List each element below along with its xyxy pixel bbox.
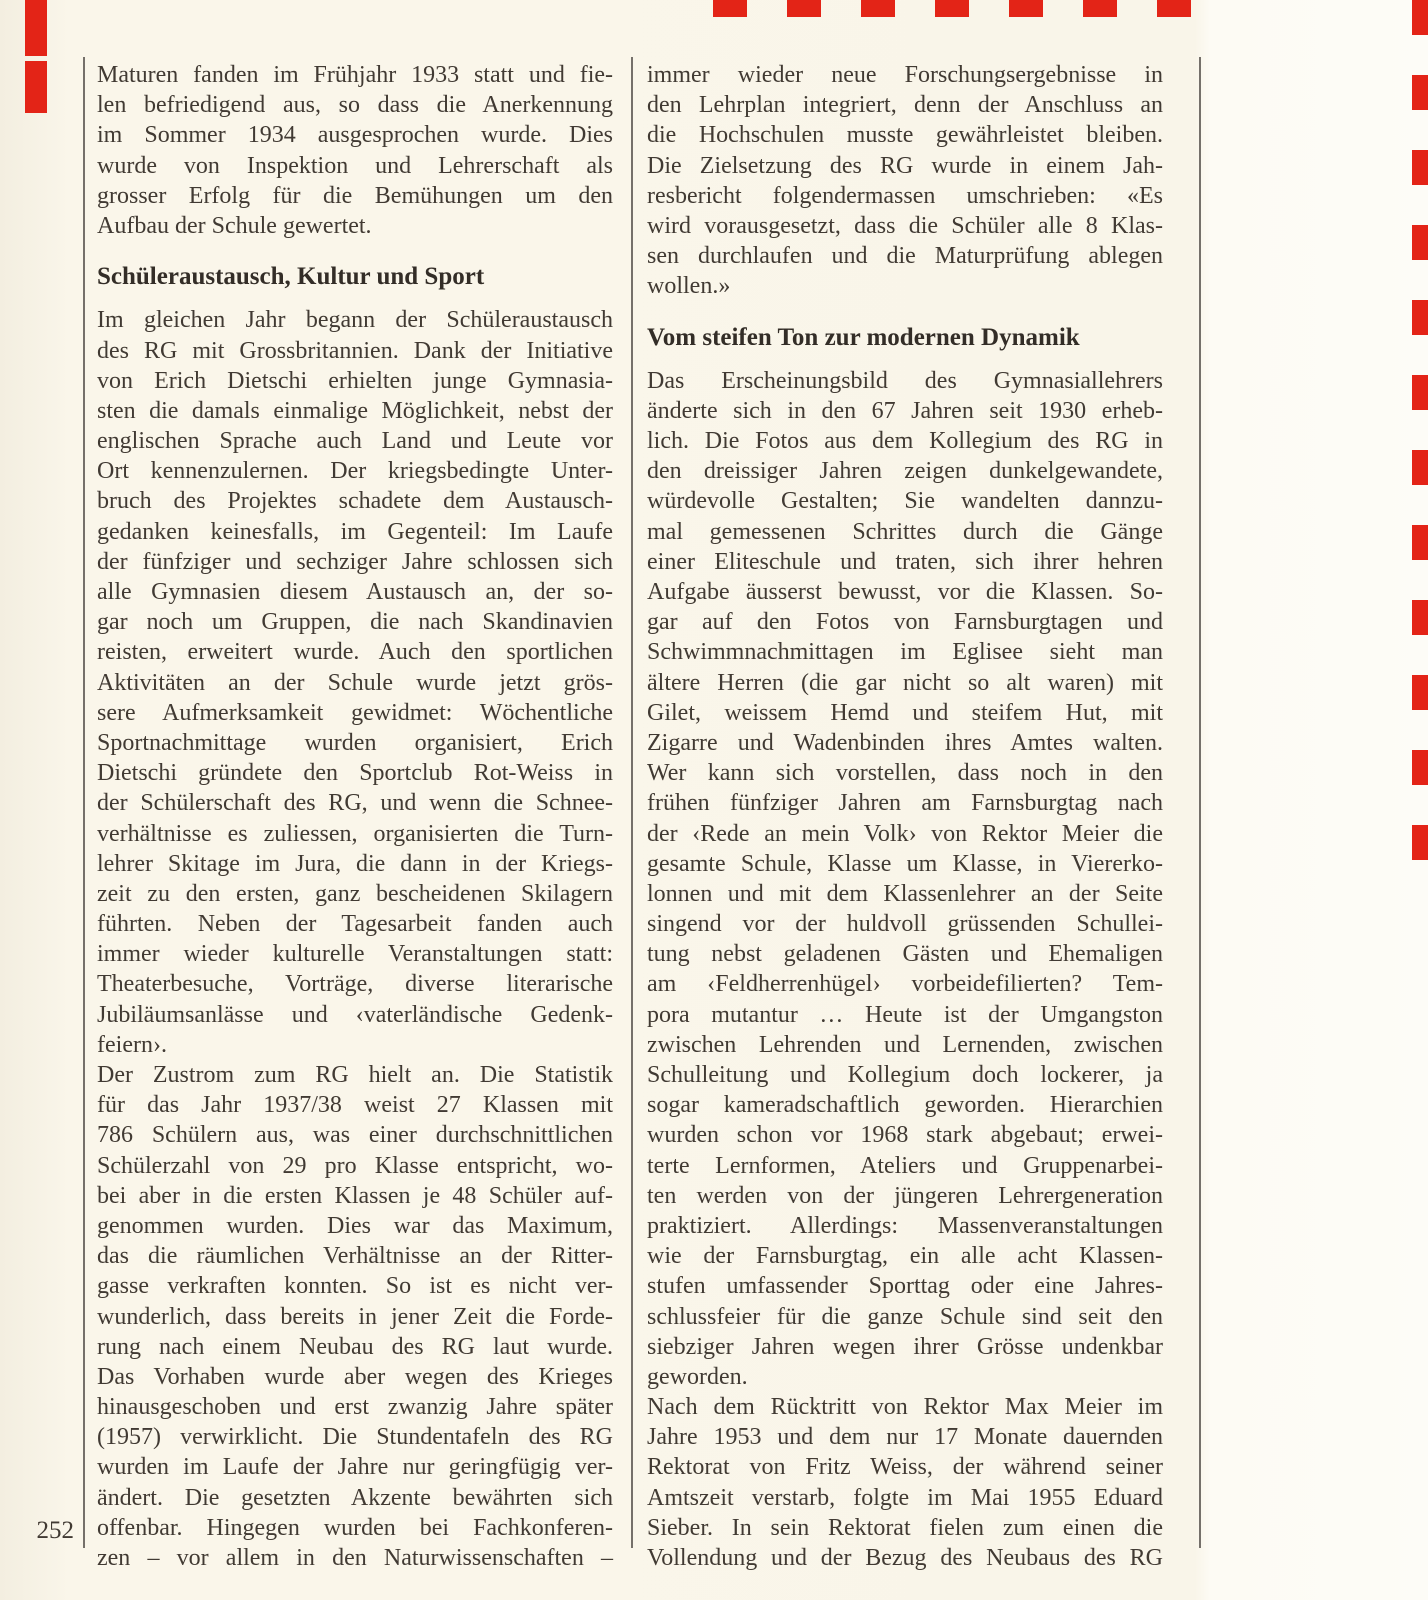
text-line: lehrer Skitage im Jura, die dann in der … bbox=[97, 849, 613, 879]
text-line: des RG mit Grossbritannien. Dank der Ini… bbox=[97, 336, 613, 366]
text-line: Theaterbesuche, Vorträge, diverse litera… bbox=[97, 969, 613, 999]
text-line: Sieber. In sein Rektorat fielen zum eine… bbox=[647, 1513, 1163, 1543]
text-line: Zigarre und Wadenbinden ihres Amtes walt… bbox=[647, 728, 1163, 758]
text-column-left: Maturen fanden im Frühjahr 1933 statt un… bbox=[97, 60, 613, 1573]
text-line: Jahre 1953 und dem nur 17 Monate dauernd… bbox=[647, 1422, 1163, 1452]
text-line: würdevolle Gestalten; Sie wandelten dann… bbox=[647, 486, 1163, 516]
text-line: wird vorausgesetzt, dass die Schüler all… bbox=[647, 211, 1163, 241]
text-line: zen – vor allem in den Naturwissenschaft… bbox=[97, 1543, 613, 1573]
red-scan-mark bbox=[1412, 375, 1428, 410]
text-line: Aufbau der Schule gewertet. bbox=[97, 211, 613, 241]
red-scan-mark bbox=[1157, 0, 1191, 17]
text-line: sen durchlaufen und die Maturprüfung abl… bbox=[647, 241, 1163, 271]
column-rule-middle bbox=[631, 57, 633, 1548]
red-scan-mark bbox=[935, 0, 969, 17]
text-line: sten die damals einmalige Möglichkeit, n… bbox=[97, 396, 613, 426]
text-line: Maturen fanden im Frühjahr 1933 statt un… bbox=[97, 60, 613, 90]
text-line: von Erich Dietschi erhielten junge Gymna… bbox=[97, 366, 613, 396]
red-scan-mark bbox=[1412, 450, 1428, 485]
text-line: Ort kennenzulernen. Der kriegsbedingte U… bbox=[97, 456, 613, 486]
text-line: Der Zustrom zum RG hielt an. Die Statist… bbox=[97, 1060, 613, 1090]
red-scan-mark bbox=[1412, 825, 1428, 860]
text-line: mal gemessenen Schrittes durch die Gänge bbox=[647, 517, 1163, 547]
text-line: den dreissiger Jahren zeigen dunkelgewan… bbox=[647, 456, 1163, 486]
text-line: ten werden von der jüngeren Lehrergenera… bbox=[647, 1181, 1163, 1211]
text-line: frühen fünfziger Jahren am Farnsburgtag … bbox=[647, 788, 1163, 818]
text-line: gasse verkraften konnten. So ist es nich… bbox=[97, 1271, 613, 1301]
page-number: 252 bbox=[14, 1517, 74, 1545]
text-column-right: immer wieder neue Forschungsergebnisse i… bbox=[647, 60, 1163, 1573]
text-line: geworden. bbox=[647, 1362, 1163, 1392]
text-line: der ‹Rede an mein Volk› von Rektor Meier… bbox=[647, 819, 1163, 849]
text-line: Rektorat von Fritz Weiss, der während se… bbox=[647, 1452, 1163, 1482]
text-line: Das Erscheinungsbild des Gymnasiallehrer… bbox=[647, 366, 1163, 396]
text-line: Nach dem Rücktritt von Rektor Max Meier … bbox=[647, 1392, 1163, 1422]
text-line: Dietschi gründete den Sportclub Rot-Weis… bbox=[97, 758, 613, 788]
red-scan-mark bbox=[1412, 150, 1428, 185]
text-line: gar auf den Fotos von Farnsburgtagen und bbox=[647, 607, 1163, 637]
text-line: änderte sich in den 67 Jahren seit 1930 … bbox=[647, 396, 1163, 426]
text-line: der Schülerschaft des RG, und wenn die S… bbox=[97, 788, 613, 818]
text-line: im Sommer 1934 ausgesprochen wurde. Dies bbox=[97, 120, 613, 150]
text-line: Vollendung und der Bezug des Neubaus des… bbox=[647, 1543, 1163, 1573]
red-scan-mark bbox=[1412, 675, 1428, 710]
text-line: wurden im Laufe der Jahre nur geringfügi… bbox=[97, 1452, 613, 1482]
text-line: feiern›. bbox=[97, 1030, 613, 1060]
text-line: der fünfziger und sechziger Jahre schlos… bbox=[97, 547, 613, 577]
red-scan-mark bbox=[1412, 225, 1428, 260]
red-scan-mark bbox=[861, 0, 895, 17]
text-line: alle Gymnasien diesem Austausch an, der … bbox=[97, 577, 613, 607]
column-rule-left bbox=[83, 57, 85, 1548]
red-scan-mark bbox=[25, 61, 47, 113]
text-line: wurde von Inspektion und Lehrerschaft al… bbox=[97, 151, 613, 181]
red-scan-mark bbox=[1412, 300, 1428, 335]
text-line: stufen umfassender Sporttag oder eine Ja… bbox=[647, 1271, 1163, 1301]
text-line: Wer kann sich vorstellen, dass noch in d… bbox=[647, 758, 1163, 788]
text-line: Schülerzahl von 29 pro Klasse entspricht… bbox=[97, 1151, 613, 1181]
red-scan-mark bbox=[1083, 0, 1117, 17]
text-line: wurden schon vor 1968 stark abgebaut; er… bbox=[647, 1120, 1163, 1150]
text-line: schlussfeier für die ganze Schule sind s… bbox=[647, 1302, 1163, 1332]
text-line: Das Vorhaben wurde aber wegen des Kriege… bbox=[97, 1362, 613, 1392]
text-line: tung nebst geladenen Gästen und Ehemalig… bbox=[647, 939, 1163, 969]
text-line: ältere Herren (die gar nicht so alt ware… bbox=[647, 668, 1163, 698]
text-line: Schwimmnachmittagen im Eglisee sieht man bbox=[647, 637, 1163, 667]
red-scan-mark bbox=[25, 0, 47, 56]
text-line: das die räumlichen Verhältnisse an der R… bbox=[97, 1241, 613, 1271]
text-line: hinausgeschoben und erst zwanzig Jahre s… bbox=[97, 1392, 613, 1422]
text-line: den Lehrplan integriert, denn der Anschl… bbox=[647, 90, 1163, 120]
text-line: wollen.» bbox=[647, 271, 1163, 301]
text-line: reisten, erweitert wurde. Auch den sport… bbox=[97, 637, 613, 667]
red-scan-mark bbox=[1412, 600, 1428, 635]
text-line: gedanken keinesfalls, im Gegenteil: Im L… bbox=[97, 517, 613, 547]
red-scan-mark bbox=[1412, 750, 1428, 785]
text-line: Sportnachmittage wurden organisiert, Eri… bbox=[97, 728, 613, 758]
text-line: Aktivitäten an der Schule wurde jetzt gr… bbox=[97, 668, 613, 698]
text-line: Jubiläumsanlässe und ‹vaterländische Ged… bbox=[97, 1000, 613, 1030]
text-line: genommen wurden. Dies war das Maximum, bbox=[97, 1211, 613, 1241]
text-line: wunderlich, dass bereits in jener Zeit d… bbox=[97, 1302, 613, 1332]
text-line: immer wieder kulturelle Veranstaltungen … bbox=[97, 939, 613, 969]
text-line: bei aber in die ersten Klassen je 48 Sch… bbox=[97, 1181, 613, 1211]
text-line: wie der Farnsburgtag, ein alle acht Klas… bbox=[647, 1241, 1163, 1271]
text-line: singend vor der huldvoll grüssenden Schu… bbox=[647, 909, 1163, 939]
text-line: rung nach einem Neubau des RG laut wurde… bbox=[97, 1332, 613, 1362]
text-line: verhältnisse es zuliessen, organisierten… bbox=[97, 819, 613, 849]
red-scan-mark bbox=[713, 0, 747, 17]
red-scan-mark bbox=[1412, 75, 1428, 110]
text-line: lich. Die Fotos aus dem Kollegium des RG… bbox=[647, 426, 1163, 456]
text-line: Im gleichen Jahr begann der Schülerausta… bbox=[97, 305, 613, 335]
text-line: offenbar. Hingegen wurden bei Fachkonfer… bbox=[97, 1513, 613, 1543]
text-line: zeit zu den ersten, ganz bescheidenen Sk… bbox=[97, 879, 613, 909]
text-line: len befriedigend aus, so dass die Anerke… bbox=[97, 90, 613, 120]
text-line: resbericht folgendermassen umschrieben: … bbox=[647, 181, 1163, 211]
text-line: einer Eliteschule und traten, sich ihrer… bbox=[647, 547, 1163, 577]
text-line: zwischen Lehrenden und Lernenden, zwisch… bbox=[647, 1030, 1163, 1060]
text-line: sogar kameradschaftlich geworden. Hierar… bbox=[647, 1090, 1163, 1120]
text-line: (1957) verwirklicht. Die Stundentafeln d… bbox=[97, 1422, 613, 1452]
text-line: die Hochschulen musste gewährleistet ble… bbox=[647, 120, 1163, 150]
text-line: terte Lernformen, Ateliers und Gruppenar… bbox=[647, 1151, 1163, 1181]
text-line: 786 Schülern aus, was einer durchschnitt… bbox=[97, 1120, 613, 1150]
column-rule-right bbox=[1199, 57, 1201, 1548]
text-line: immer wieder neue Forschungsergebnisse i… bbox=[647, 60, 1163, 90]
text-line: Schulleitung und Kollegium doch lockerer… bbox=[647, 1060, 1163, 1090]
text-line: gesamte Schule, Klasse um Klasse, in Vie… bbox=[647, 849, 1163, 879]
text-line: für das Jahr 1937/38 weist 27 Klassen mi… bbox=[97, 1090, 613, 1120]
text-line: grosser Erfolg für die Bemühungen um den bbox=[97, 181, 613, 211]
text-line: praktiziert. Allerdings: Massenveranstal… bbox=[647, 1211, 1163, 1241]
text-line: Die Zielsetzung des RG wurde in einem Ja… bbox=[647, 151, 1163, 181]
text-line: am ‹Feldherrenhügel› vorbeidefilierten? … bbox=[647, 969, 1163, 999]
text-line: pora mutantur … Heute ist der Umgangston bbox=[647, 1000, 1163, 1030]
text-line: lonnen und mit dem Klassenlehrer an der … bbox=[647, 879, 1163, 909]
red-scan-mark bbox=[1412, 525, 1428, 560]
text-line: führten. Neben der Tagesarbeit fanden au… bbox=[97, 909, 613, 939]
section-heading: Vom steifen Ton zur modernen Dynamik bbox=[647, 323, 1163, 353]
text-line: sere Aufmerksamkeit gewidmet: Wöchentlic… bbox=[97, 698, 613, 728]
red-scan-mark bbox=[1412, 0, 1428, 35]
text-line: siebziger Jahren wegen ihrer Grösse unde… bbox=[647, 1332, 1163, 1362]
text-line: ändert. Die gesetzten Akzente bewährten … bbox=[97, 1483, 613, 1513]
text-line: englischen Sprache auch Land und Leute v… bbox=[97, 426, 613, 456]
section-heading: Schüleraustausch, Kultur und Sport bbox=[97, 262, 613, 292]
text-line: Aufgabe äusserst bewusst, vor die Klasse… bbox=[647, 577, 1163, 607]
red-scan-mark bbox=[1009, 0, 1043, 17]
text-line: bruch des Projektes schadete dem Austaus… bbox=[97, 486, 613, 516]
text-line: Gilet, weissem Hemd und steifem Hut, mit bbox=[647, 698, 1163, 728]
text-line: Amtszeit verstarb, folgte im Mai 1955 Ed… bbox=[647, 1483, 1163, 1513]
text-line: gar noch um Gruppen, die nach Skandinavi… bbox=[97, 607, 613, 637]
red-scan-mark bbox=[787, 0, 821, 17]
